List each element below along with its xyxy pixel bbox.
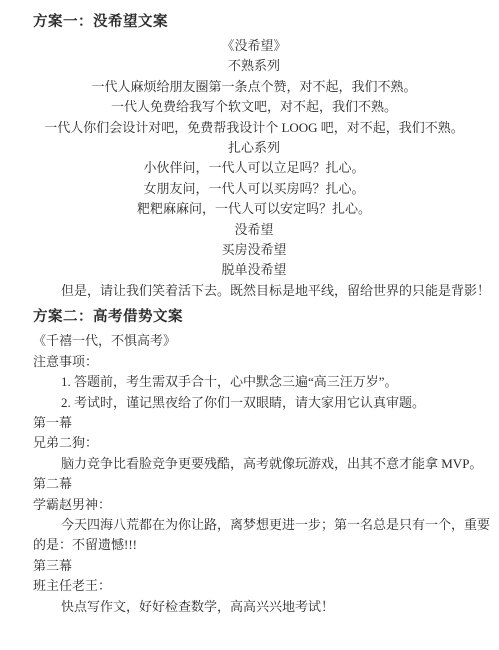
text-line: 1. 答题前，考生需双手合十，心中默念三遍“高三汪万岁”。 <box>33 372 475 392</box>
text-line: 扎心系列 <box>33 138 475 158</box>
section2-heading: 方案二：高考借势文案 <box>0 307 499 327</box>
text-line: 脑力竞争比看脸竞争更要残酷，高考就像玩游戏，出其不意才能拿 MVP。 <box>33 454 475 474</box>
text-line: 不熟系列 <box>33 56 475 76</box>
text-line: 《千禧一代，不惧高考》 <box>33 331 475 351</box>
text-line: 女朋友问，一代人可以买房吗？扎心。 <box>33 179 475 199</box>
text-line: 《没希望》 <box>33 36 475 56</box>
text-line: 买房没希望 <box>33 240 475 260</box>
text-line: 注意事项： <box>33 352 475 372</box>
text-line: 今天四海八荒都在为你让路，离梦想更进一步；第一名总是只有一个，重要 <box>33 515 475 535</box>
text-line: 脱单没希望 <box>33 260 475 280</box>
section1-heading: 方案一：没希望文案 <box>0 0 499 32</box>
text-line: 小伙伴问，一代人可以立足吗？扎心。 <box>33 158 475 178</box>
text-line: 但是，请让我们笑着活下去。既然目标是地平线，留给世界的只能是背影！ <box>33 281 475 301</box>
text-line: 第二幕 <box>33 474 475 494</box>
text-line: 班主任老王： <box>33 576 475 596</box>
section2-body: 《千禧一代，不惧高考》注意事项：1. 答题前，考生需双手合十，心中默念三遍“高三… <box>0 331 499 617</box>
document-page: 方案一：没希望文案 《没希望》不熟系列一代人麻烦给朋友圈第一条点个赞，对不起，我… <box>0 0 499 650</box>
text-line: 快点写作文，好好检查数学，高高兴兴地考试！ <box>33 597 475 617</box>
text-line: 的是：不留遗憾!!! <box>33 535 475 555</box>
text-line: 第三幕 <box>33 556 475 576</box>
text-line: 兄弟二狗： <box>33 433 475 453</box>
section1-body: 《没希望》不熟系列一代人麻烦给朋友圈第一条点个赞，对不起，我们不熟。一代人免费给… <box>0 36 499 301</box>
text-line: 没希望 <box>33 220 475 240</box>
text-line: 2. 考试时，谨记黑夜给了你们一双眼睛，请大家用它认真审题。 <box>33 393 475 413</box>
text-line: 粑粑麻麻问，一代人可以安定吗？扎心。 <box>33 199 475 219</box>
text-line: 第一幕 <box>33 413 475 433</box>
text-line: 学霸赵男神： <box>33 495 475 515</box>
text-line: 一代人免费给我写个软文吧，对不起，我们不熟。 <box>33 97 475 117</box>
text-line: 一代人你们会设计对吧，免费帮我设计个 LOOG 吧，对不起，我们不熟。 <box>33 118 475 138</box>
text-line: 一代人麻烦给朋友圈第一条点个赞，对不起，我们不熟。 <box>33 77 475 97</box>
